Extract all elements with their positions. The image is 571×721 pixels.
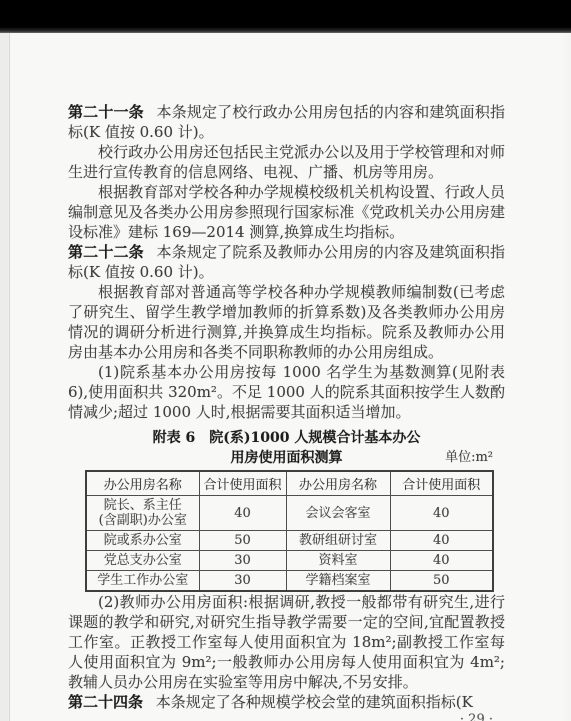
table-cell-area: 30 — [199, 571, 286, 592]
article-22-heading: 第二十二条 — [68, 243, 144, 261]
table-cell-area: 40 — [390, 531, 493, 551]
page-number: · 29 · — [68, 712, 505, 721]
table-6-caption-line-1: 附表 6 院(系)1000 人规模合计基本办公 — [68, 428, 505, 448]
table-cell-area: 30 — [199, 551, 286, 571]
article-24-paragraph: 第二十四条本条规定了各种规模学校会堂的建筑面积指标(K — [68, 692, 505, 712]
table-header-cell: 合计使用面积 — [199, 471, 286, 496]
table-cell-area: 40 — [390, 496, 493, 531]
table-cell-room-name: 党总支办公室 — [86, 551, 199, 571]
table-cell-area: 50 — [390, 571, 493, 592]
table-row: 院或系办公室 50 教研组研讨室 40 — [86, 531, 493, 551]
table-6-caption-text: 用房使用面积测算 — [231, 450, 343, 466]
table-6-caption-line-2: 用房使用面积测算 单位:m² — [68, 448, 505, 468]
article-21-body-2: 根据教育部对学校各种办学规模校级机关机构设置、行政人员编制意见及各类办公用房参照… — [68, 182, 505, 242]
article-22-body-1: 根据教育部对普通高等学校各种办学规模教师编制数(已考虑了研究生、留学生教学增加教… — [68, 282, 505, 362]
table-cell-room-name: 会议会客室 — [286, 496, 390, 531]
table-header-row: 办公用房名称 合计使用面积 办公用房名称 合计使用面积 — [86, 471, 493, 496]
table-cell-area: 40 — [199, 496, 286, 531]
article-24-heading: 第二十四条 — [68, 693, 143, 711]
table-cell-room-name: 学籍档案室 — [286, 571, 390, 592]
article-22-body-2: (1)院系基本办公用房按每 1000 名学生为基数测算(见附表 6),使用面积共… — [68, 362, 505, 422]
article-24-lead: 本条规定了各种规模学校会堂的建筑面积指标(K — [156, 693, 473, 711]
article-22-paragraph: 第二十二条本条规定了院系及教师办公用房的内容及建筑面积指标(K 值按 0.60 … — [68, 242, 505, 282]
table-cell-room-name: 资料室 — [286, 551, 390, 571]
table-header-cell: 合计使用面积 — [390, 471, 493, 496]
table-6: 办公用房名称 合计使用面积 办公用房名称 合计使用面积 院长、系主任 (含副职)… — [85, 470, 494, 592]
table-header-cell: 办公用房名称 — [286, 471, 390, 496]
article-21-body-1: 校行政办公用房还包括民主党派办公以及用于学校管理和对师生进行宣传教育的信息网络、… — [68, 142, 505, 182]
table-cell-area: 50 — [199, 531, 286, 551]
scan-top-black-bar — [0, 0, 571, 33]
table-row: 党总支办公室 30 资料室 40 — [86, 551, 493, 571]
table-row: 学生工作办公室 30 学籍档案室 50 — [86, 571, 493, 592]
article-21-paragraph: 第二十一条本条规定了校行政办公用房包括的内容和建筑面积指标(K 值按 0.60 … — [68, 102, 505, 142]
table-cell-area: 40 — [390, 551, 493, 571]
table-cell-room-name: 院长、系主任 (含副职)办公室 — [86, 496, 199, 531]
table-cell-room-name: 院或系办公室 — [86, 531, 199, 551]
table-cell-room-name: 教研组研讨室 — [286, 531, 390, 551]
page-content: 第二十一条本条规定了校行政办公用房包括的内容和建筑面积指标(K 值按 0.60 … — [68, 102, 505, 721]
table-row: 院长、系主任 (含副职)办公室 40 会议会客室 40 — [86, 496, 493, 531]
article-22-body-3: (2)教师办公用房面积:根据调研,教授一般都带有研究生,进行课题的教学和研究,对… — [68, 592, 505, 692]
document-page: 第二十一条本条规定了校行政办公用房包括的内容和建筑面积指标(K 值按 0.60 … — [0, 33, 571, 721]
table-6-unit-label: 单位:m² — [445, 448, 493, 468]
article-21-heading: 第二十一条 — [68, 103, 144, 121]
table-cell-room-name: 学生工作办公室 — [86, 571, 199, 592]
table-header-cell: 办公用房名称 — [86, 471, 199, 496]
